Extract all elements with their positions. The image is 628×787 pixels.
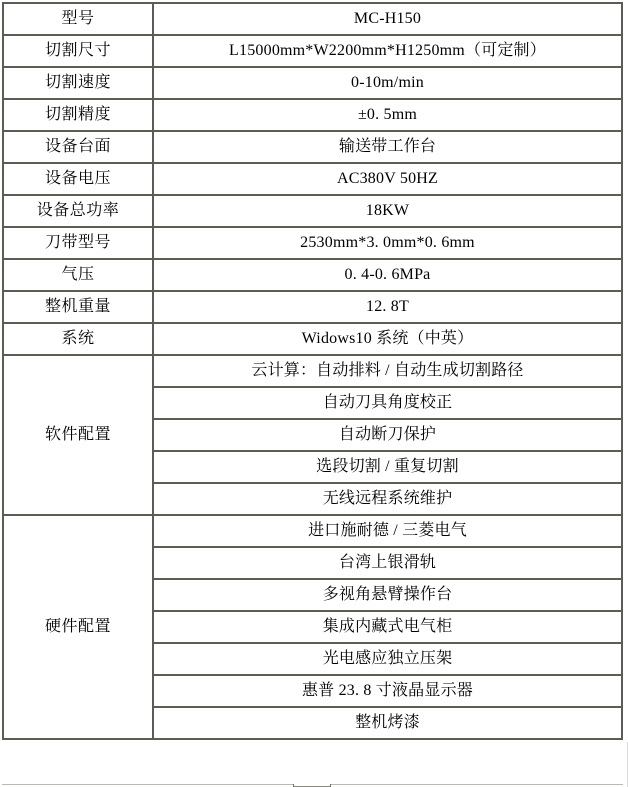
table-row: 系统 Widows10 系统（中英） xyxy=(3,323,622,355)
table-row: 型号 MC-H150 xyxy=(3,3,622,35)
table-row: 切割精度 ±0. 5mm xyxy=(3,99,622,131)
spec-label-cutting-size: 切割尺寸 xyxy=(3,35,153,67)
table-row: 刀带型号 2530mm*3. 0mm*0. 6mm xyxy=(3,227,622,259)
spec-table: 型号 MC-H150 切割尺寸 L15000mm*W2200mm*H1250mm… xyxy=(2,2,623,740)
spec-value-air-pressure: 0. 4-0. 6MPa xyxy=(153,259,622,291)
spec-label-voltage: 设备电压 xyxy=(3,163,153,195)
spec-label-cutting-precision: 切割精度 xyxy=(3,99,153,131)
table-row: 硬件配置 进口施耐德 / 三菱电气 xyxy=(3,515,622,547)
spec-label-system: 系统 xyxy=(3,323,153,355)
spec-label-hardware-config: 硬件配置 xyxy=(3,515,153,739)
spec-value-cutting-speed: 0-10m/min xyxy=(153,67,622,99)
software-config-item: 自动断刀保护 xyxy=(153,419,622,451)
hardware-config-item: 集成内藏式电气柜 xyxy=(153,611,622,643)
hardware-config-item: 光电感应独立压架 xyxy=(153,643,622,675)
spec-value-cutting-size: L15000mm*W2200mm*H1250mm（可定制） xyxy=(153,35,622,67)
software-config-item: 自动刀具角度校正 xyxy=(153,387,622,419)
spec-value-machine-weight: 12. 8T xyxy=(153,291,622,323)
hardware-config-item: 多视角悬臂操作台 xyxy=(153,579,622,611)
table-row: 设备台面 输送带工作台 xyxy=(3,131,622,163)
table-row: 切割尺寸 L15000mm*W2200mm*H1250mm（可定制） xyxy=(3,35,622,67)
table-row: 设备电压 AC380V 50HZ xyxy=(3,163,622,195)
spec-value-total-power: 18KW xyxy=(153,195,622,227)
software-config-item: 选段切割 / 重复切割 xyxy=(153,451,622,483)
spec-label-blade-model: 刀带型号 xyxy=(3,227,153,259)
hardware-config-item: 进口施耐德 / 三菱电气 xyxy=(153,515,622,547)
spec-label-total-power: 设备总功率 xyxy=(3,195,153,227)
hardware-config-item: 整机烤漆 xyxy=(153,707,622,739)
spec-label-air-pressure: 气压 xyxy=(3,259,153,291)
table-row: 设备总功率 18KW xyxy=(3,195,622,227)
spec-label-model: 型号 xyxy=(3,3,153,35)
spec-label-machine-weight: 整机重量 xyxy=(3,291,153,323)
spec-label-software-config: 软件配置 xyxy=(3,355,153,515)
spec-value-worktable: 输送带工作台 xyxy=(153,131,622,163)
spec-value-blade-model: 2530mm*3. 0mm*0. 6mm xyxy=(153,227,622,259)
table-row: 气压 0. 4-0. 6MPa xyxy=(3,259,622,291)
table-row: 切割速度 0-10m/min xyxy=(3,67,622,99)
fragment-line xyxy=(331,784,623,785)
spec-value-model: MC-H150 xyxy=(153,3,622,35)
hardware-config-item: 惠普 23. 8 寸液晶显示器 xyxy=(153,675,622,707)
table-row: 整机重量 12. 8T xyxy=(3,291,622,323)
table-row: 软件配置 云计算：自动排料 / 自动生成切割路径 xyxy=(3,355,622,387)
spec-value-voltage: AC380V 50HZ xyxy=(153,163,622,195)
software-config-item: 云计算：自动排料 / 自动生成切割路径 xyxy=(153,355,622,387)
fragment-line xyxy=(2,784,293,785)
hardware-config-item: 台湾上银滑轨 xyxy=(153,547,622,579)
spec-value-cutting-precision: ±0. 5mm xyxy=(153,99,622,131)
software-config-item: 无线远程系统维护 xyxy=(153,483,622,515)
spec-label-cutting-speed: 切割速度 xyxy=(3,67,153,99)
spec-value-system: Widows10 系统（中英） xyxy=(153,323,622,355)
spec-label-worktable: 设备台面 xyxy=(3,131,153,163)
